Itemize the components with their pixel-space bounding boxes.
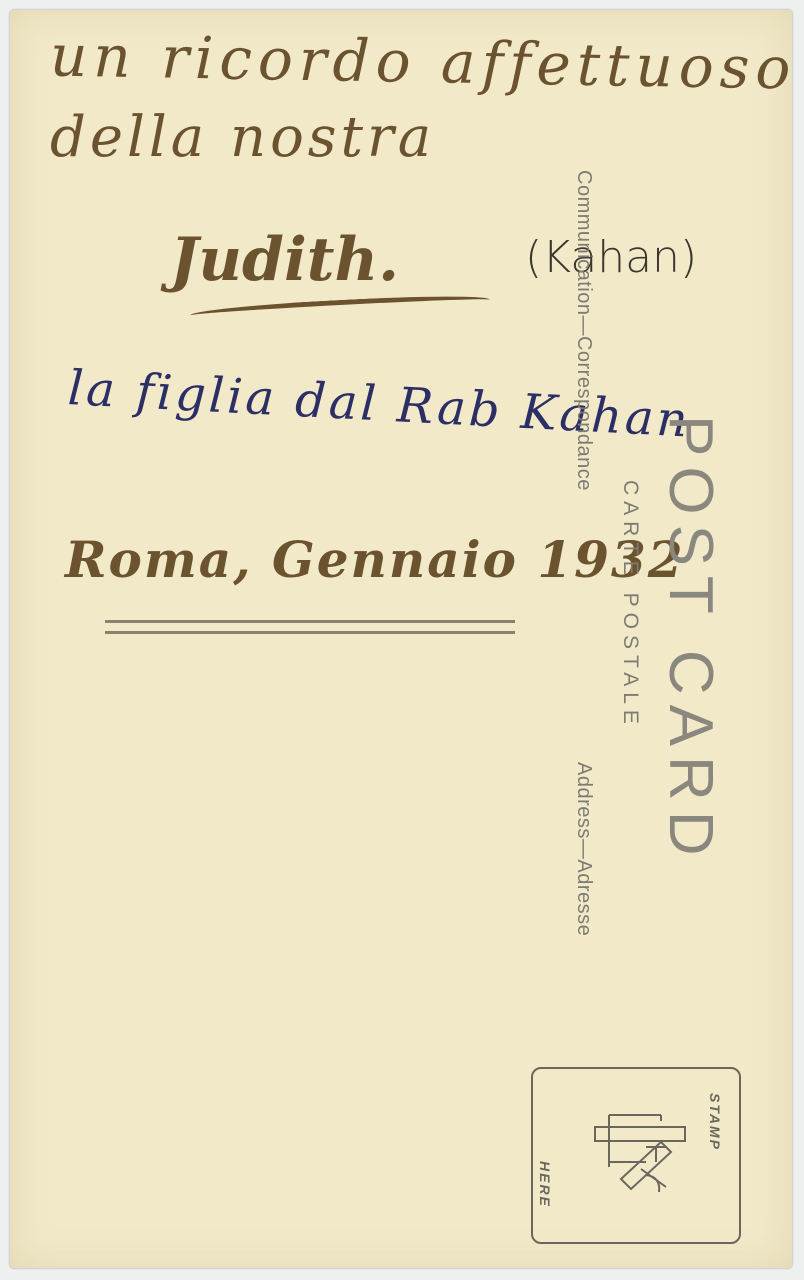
address-label: Address—Adresse (572, 762, 595, 936)
here-label: HERE (537, 1161, 553, 1208)
double-underline (105, 620, 515, 634)
handwritten-line-4: la figlia dal Rab Kahan (67, 360, 692, 449)
place-date-line: Roma, Gennaio 1932 (65, 530, 685, 589)
signature-parenthetical: (Kahan) (525, 232, 697, 283)
signature: Judith. (170, 225, 399, 295)
carte-postale-label: CARTE POSTALE (618, 480, 642, 730)
handwritten-line-2: della nostra (50, 105, 435, 170)
stamp-label: STAMP (707, 1093, 723, 1151)
communication-label: Communication—Correspondance (572, 170, 595, 491)
stamp-box: STAMP HERE (531, 1067, 741, 1244)
postcard-back: un ricordo affettuoso della nostra Judit… (10, 10, 792, 1268)
lk-monogram-icon (591, 1107, 691, 1207)
post-card-title: POST CARD (655, 415, 726, 866)
handwritten-line-1: un ricordo affettuoso (49, 21, 797, 102)
signature-underline (190, 292, 490, 323)
